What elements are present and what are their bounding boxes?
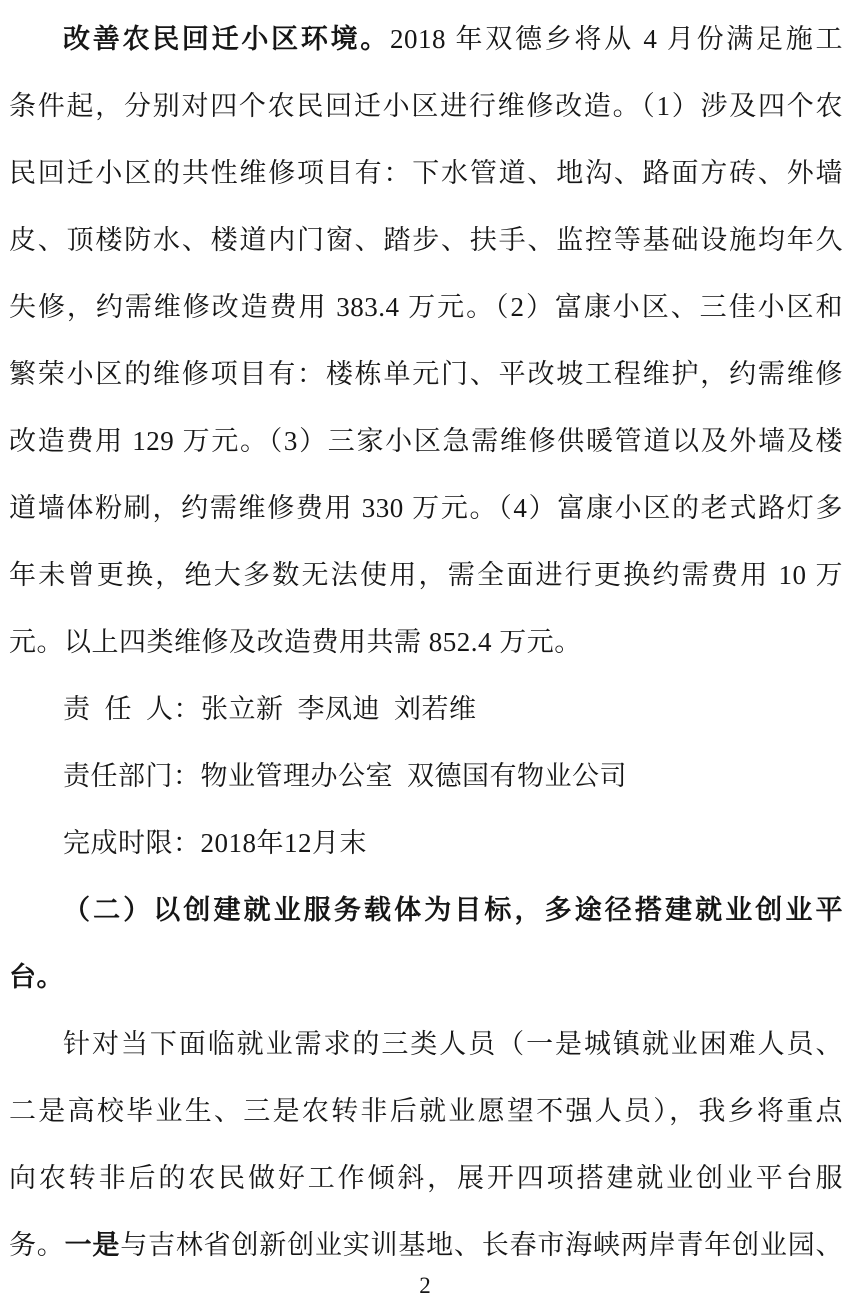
text-segment: 条件起，分别对四个农民回迁小区进行维修改造。（1）涉及四个农 (9, 91, 843, 121)
text-line: 皮、顶楼防水、楼道内门窗、踏步、扶手、监控等基础设施均年久 (9, 207, 843, 274)
text-line: 道墙体粉刷，约需维修费用 330 万元。（4）富康小区的老式路灯多 (9, 475, 843, 542)
text-line: 务。一是与吉林省创新创业实训基地、长春市海峡两岸青年创业园、 (9, 1212, 843, 1279)
text-segment: 年未曾更换，绝大多数无法使用，需全面进行更换约需费用 10 万 (9, 560, 843, 590)
page-number: 2 (0, 1273, 850, 1299)
text-segment: 二是高校毕业生、三是农转非后就业愿望不强人员），我乡将重点 (9, 1096, 843, 1126)
text-line: 元。以上四类维修及改造费用共需 852.4 万元。 (9, 609, 843, 676)
text-segment: 与吉林省创新创业实训基地、长春市海峡两岸青年创业园、 (120, 1230, 843, 1260)
text-line: 台。 (9, 944, 843, 1011)
text-line: 改造费用 129 万元。（3）三家小区急需维修供暖管道以及外墙及楼 (9, 408, 843, 475)
text-line: （二）以创建就业服务载体为目标，多途径搭建就业创业平 (9, 877, 843, 944)
text-segment: 2018 年双德乡将从 4 月份满足施工 (390, 24, 843, 54)
bold-text-segment: （二）以创建就业服务载体为目标，多途径搭建就业创业平 (63, 895, 843, 925)
bold-text-segment: 一是 (65, 1230, 121, 1260)
bold-text-segment: 台。 (9, 962, 64, 992)
text-segment: 道墙体粉刷，约需维修费用 330 万元。（4）富康小区的老式路灯多 (9, 493, 843, 523)
document-page: 改善农民回迁小区环境。2018 年双德乡将从 4 月份满足施工条件起，分别对四个… (0, 0, 850, 1301)
text-line: 民回迁小区的共性维修项目有：下水管道、地沟、路面方砖、外墙 (9, 140, 843, 207)
text-segment: 完成时限：2018年12月末 (63, 828, 367, 858)
text-segment: 皮、顶楼防水、楼道内门窗、踏步、扶手、监控等基础设施均年久 (9, 225, 843, 255)
text-segment: 向农转非后的农民做好工作倾斜，展开四项搭建就业创业平台服 (9, 1163, 843, 1193)
text-segment: 元。以上四类维修及改造费用共需 852.4 万元。 (9, 627, 582, 657)
text-segment: 务。 (9, 1230, 65, 1260)
text-line: 改善农民回迁小区环境。2018 年双德乡将从 4 月份满足施工 (9, 6, 843, 73)
text-line: 完成时限：2018年12月末 (9, 810, 843, 877)
text-line: 针对当下面临就业需求的三类人员（一是城镇就业困难人员、 (9, 1011, 843, 1078)
document-body-text: 改善农民回迁小区环境。2018 年双德乡将从 4 月份满足施工条件起，分别对四个… (9, 6, 843, 1279)
text-segment: 失修，约需维修改造费用 383.4 万元。（2）富康小区、三佳小区和 (9, 292, 843, 322)
text-line: 向农转非后的农民做好工作倾斜，展开四项搭建就业创业平台服 (9, 1145, 843, 1212)
text-segment: 责任部门：物业管理办公室 双德国有物业公司 (63, 761, 627, 791)
text-segment: 民回迁小区的共性维修项目有：下水管道、地沟、路面方砖、外墙 (9, 158, 843, 188)
text-line: 年未曾更换，绝大多数无法使用，需全面进行更换约需费用 10 万 (9, 542, 843, 609)
text-line: 二是高校毕业生、三是农转非后就业愿望不强人员），我乡将重点 (9, 1078, 843, 1145)
text-segment: 繁荣小区的维修项目有：楼栋单元门、平改坡工程维护，约需维修 (9, 359, 843, 389)
text-segment: 改造费用 129 万元。（3）三家小区急需维修供暖管道以及外墙及楼 (9, 426, 843, 456)
text-line: 失修，约需维修改造费用 383.4 万元。（2）富康小区、三佳小区和 (9, 274, 843, 341)
text-line: 责 任 人：张立新 李凤迪 刘若维 (9, 676, 843, 743)
text-line: 条件起，分别对四个农民回迁小区进行维修改造。（1）涉及四个农 (9, 73, 843, 140)
bold-text-segment: 改善农民回迁小区环境。 (63, 24, 390, 54)
text-line: 繁荣小区的维修项目有：楼栋单元门、平改坡工程维护，约需维修 (9, 341, 843, 408)
text-segment: 针对当下面临就业需求的三类人员（一是城镇就业困难人员、 (63, 1029, 843, 1059)
text-segment: 责 任 人：张立新 李凤迪 刘若维 (63, 694, 477, 724)
text-line: 责任部门：物业管理办公室 双德国有物业公司 (9, 743, 843, 810)
